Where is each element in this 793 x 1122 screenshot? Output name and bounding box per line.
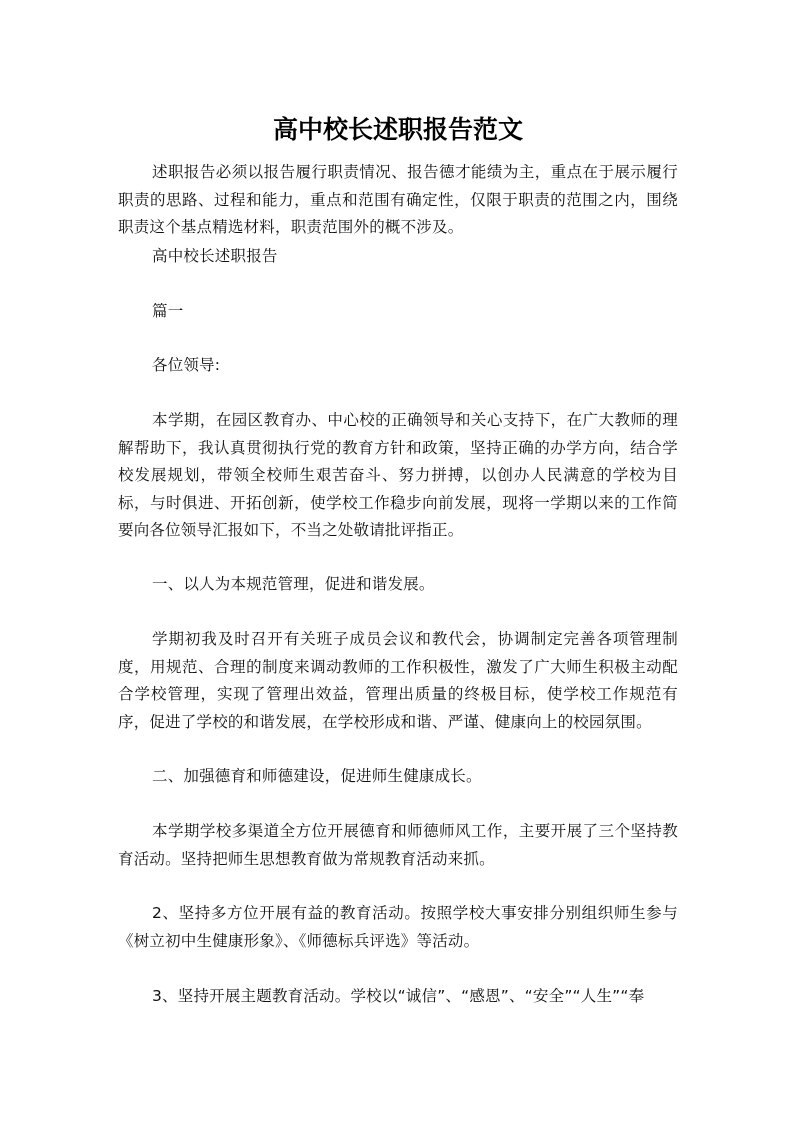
item-3-paragraph: 3、坚持开展主题教育活动。学校以“诚信”、“感恩”、“安全”“人生”“奉 bbox=[118, 983, 678, 1011]
chapter-heading: 篇一 bbox=[118, 298, 678, 326]
item-2-paragraph: 2、坚持多方位开展有益的教育活动。按照学校大事安排分别组织师生参与《树立初中生健… bbox=[118, 900, 678, 955]
section-2-body: 本学期学校多渠道全方位开展德育和师德师风工作，主要开展了三个坚持教育活动。坚持把… bbox=[118, 818, 678, 873]
intro-paragraph: 述职报告必须以报告履行职责情况、报告德才能绩为主，重点在于展示履行职责的思路、过… bbox=[118, 159, 678, 242]
report-subtitle: 高中校长述职报告 bbox=[118, 243, 678, 271]
document-title: 高中校长述职报告范文 bbox=[118, 112, 678, 148]
section-1-body: 学期初我及时召开有关班子成员会议和教代会，协调制定完善各项管理制度，用规范、合理… bbox=[118, 626, 678, 736]
opening-paragraph: 本学期，在园区教育办、中心校的正确领导和关心支持下，在广大教师的理解帮助下，我认… bbox=[118, 407, 678, 545]
salutation: 各位领导: bbox=[118, 352, 678, 380]
section-heading-1: 一、以人为本规范管理，促进和谐发展。 bbox=[118, 571, 678, 599]
section-heading-2: 二、加强德育和师德建设，促进师生健康成长。 bbox=[118, 763, 678, 791]
